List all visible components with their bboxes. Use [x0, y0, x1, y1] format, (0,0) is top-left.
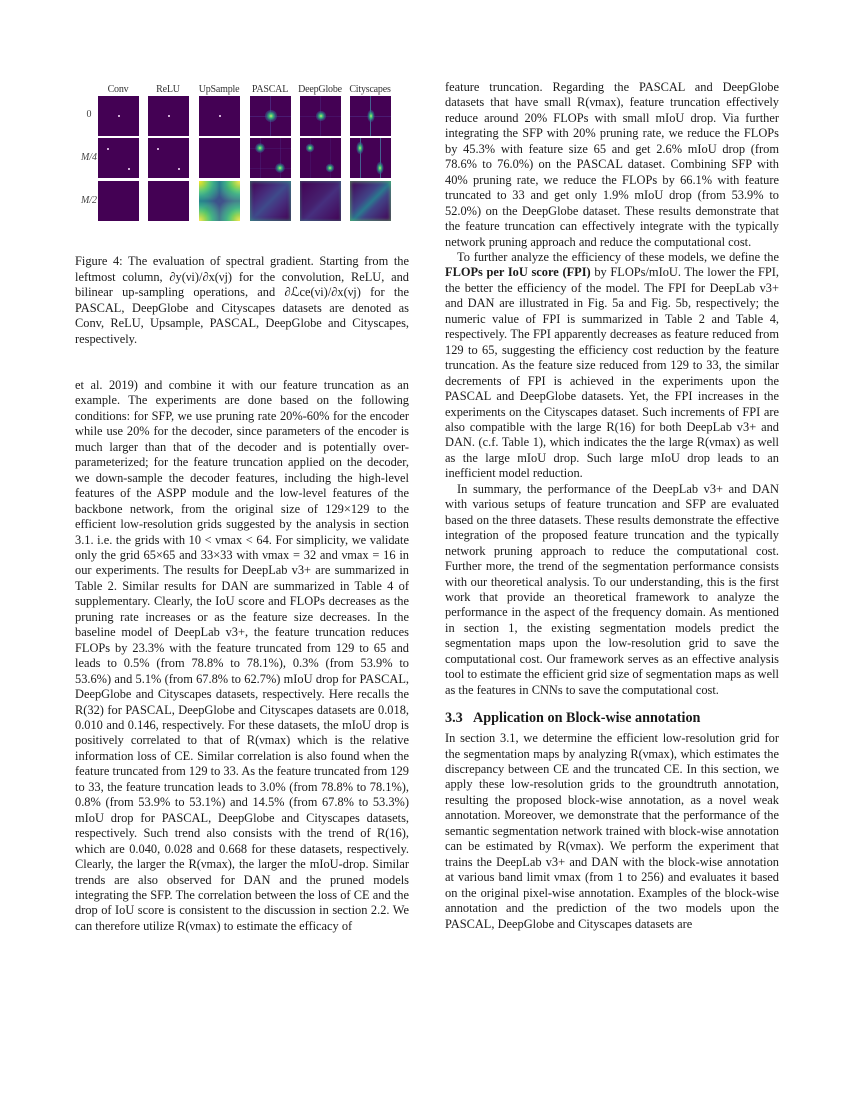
- heatmap-conv-m2: [98, 181, 139, 221]
- heatmap-relu-m4: [148, 138, 189, 178]
- body-paragraph-fpi: To further analyze the efficiency of the…: [445, 250, 779, 482]
- heatmap-relu-m2: [148, 181, 189, 221]
- fig-col-label-cityscapes: Cityscapes: [344, 84, 396, 95]
- figure-4-spectral-gradient: Conv ReLU UpSample PASCAL DeepGlobe City…: [75, 80, 409, 250]
- body-paragraph-summary: In summary, the performance of the DeepL…: [445, 482, 779, 698]
- heatmap-deepglobe-m4: [300, 138, 341, 178]
- heatmap-deepglobe-0: [300, 96, 341, 136]
- section-title: Application on Block-wise annotation: [473, 710, 700, 726]
- heatmap-pascal-0: [250, 96, 291, 136]
- section-number: 3.3: [445, 709, 473, 727]
- figure-4-caption: Figure 4: The evaluation of spectral gra…: [75, 254, 409, 348]
- section-heading-3-3: 3.3Application on Block-wise annotation: [445, 709, 779, 727]
- fig-col-label-pascal: PASCAL: [244, 84, 296, 95]
- heatmap-conv-0: [98, 96, 139, 136]
- fpi-intro-text: To further analyze the efficiency of the…: [457, 250, 779, 264]
- fpi-body-text: by FLOPs/mIoU. The lower the FPI, the be…: [445, 265, 779, 480]
- heatmap-pascal-m2: [250, 181, 291, 221]
- body-paragraph-left: et al. 2019) and combine it with our fea…: [75, 378, 409, 934]
- fig-col-label-upsample: UpSample: [193, 84, 245, 95]
- heatmap-cityscapes-m4: [350, 138, 391, 178]
- fpi-term: FLOPs per IoU score (FPI): [445, 265, 591, 279]
- heatmap-pascal-m4: [250, 138, 291, 178]
- figure-caption-text: Figure 4: The evaluation of spectral gra…: [75, 254, 409, 348]
- heatmap-upsample-m2: [199, 181, 240, 221]
- right-column: feature truncation. Regarding the PASCAL…: [445, 80, 779, 932]
- heatmap-cityscapes-m2: [350, 181, 391, 221]
- fig-col-label-relu: ReLU: [142, 84, 194, 95]
- body-paragraph-block-wise: In section 3.1, we determine the efficie…: [445, 731, 779, 932]
- heatmap-cityscapes-0: [350, 96, 391, 136]
- fig-col-label-deepglobe: DeepGlobe: [294, 84, 346, 95]
- left-column: et al. 2019) and combine it with our fea…: [75, 378, 409, 934]
- heatmap-deepglobe-m2: [300, 181, 341, 221]
- heatmap-upsample-m4: [199, 138, 240, 178]
- fig-col-label-conv: Conv: [92, 84, 144, 95]
- body-paragraph-right-1: feature truncation. Regarding the PASCAL…: [445, 80, 779, 250]
- heatmap-relu-0: [148, 96, 189, 136]
- heatmap-conv-m4: [98, 138, 139, 178]
- heatmap-upsample-0: [199, 96, 240, 136]
